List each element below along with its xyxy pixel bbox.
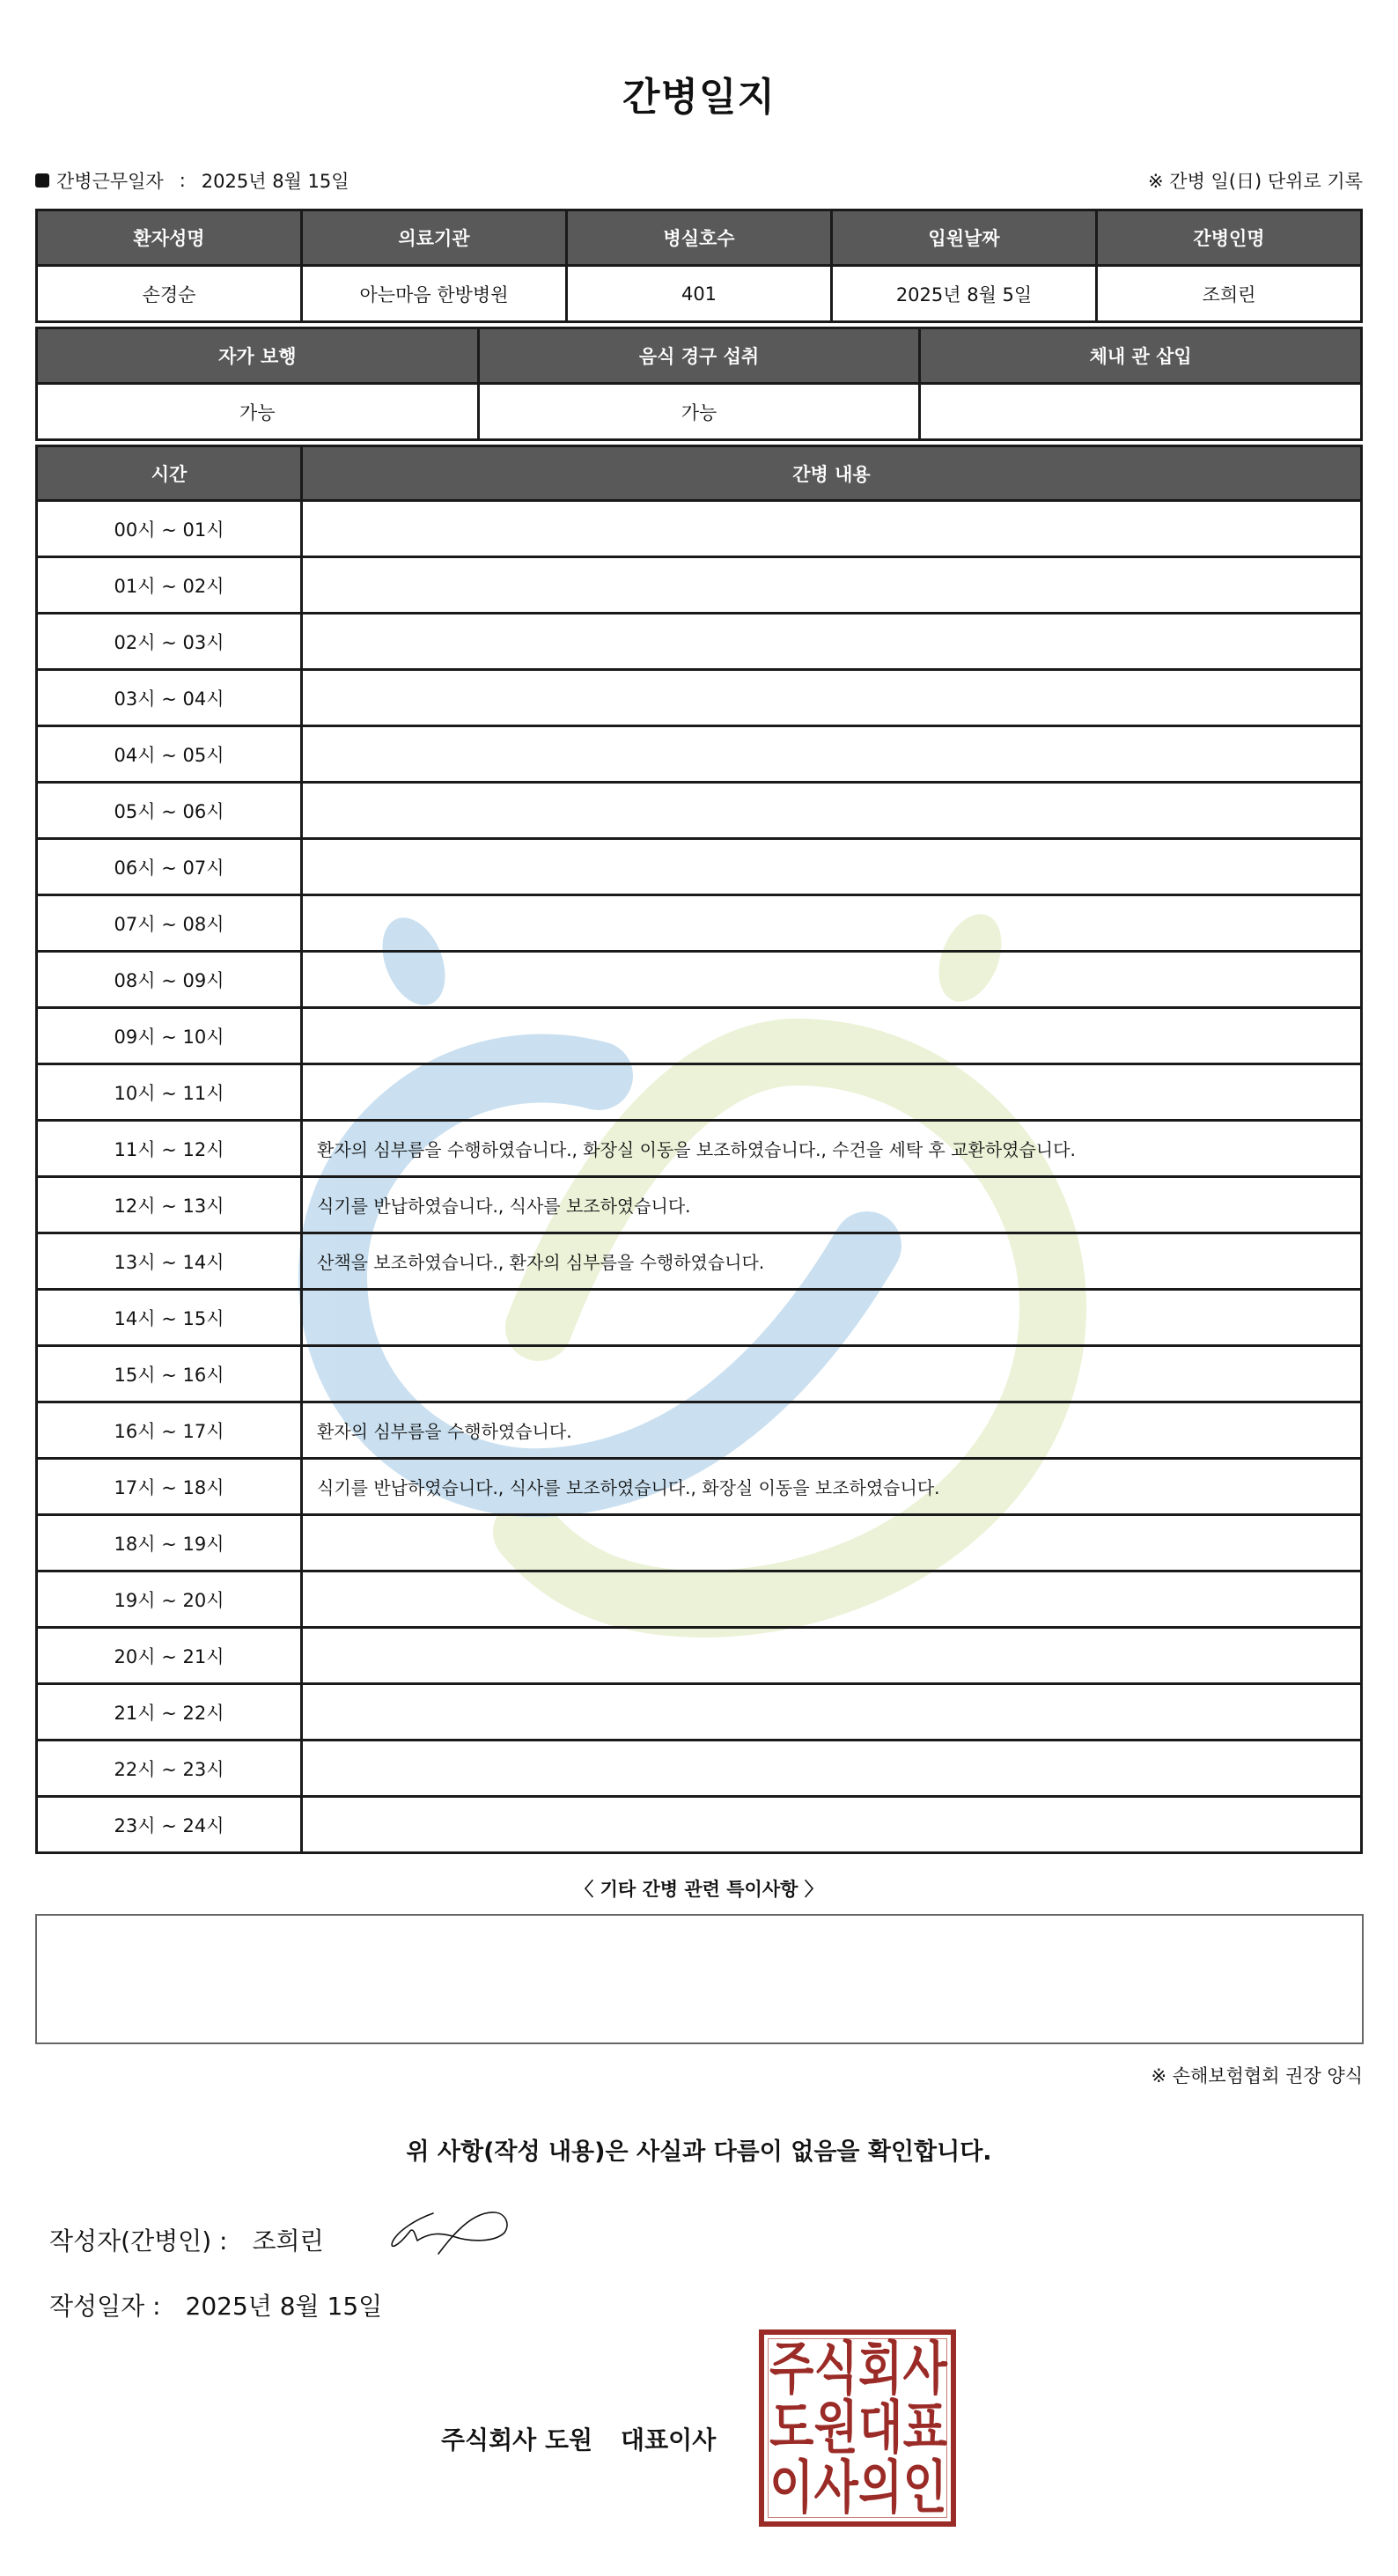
stamp-character: 인 [902,2450,947,2524]
stamp-character: 사 [813,2450,858,2524]
stamp-character-grid: 주식회사도원대표이사의인 [768,2338,947,2518]
company-name: 주식회사 도원 [441,2421,592,2456]
stamp-character: 의 [857,2450,902,2524]
stamp-character: 이 [769,2450,813,2524]
company-role: 대표이사 [621,2421,716,2456]
company-seal-stamp: 주식회사도원대표이사의인 [759,2329,956,2527]
company-signature-line: 주식회사 도원 대표이사 [441,2421,716,2456]
written-date-value: 2025년 8월 15일 [186,2287,383,2322]
written-date-line: 작성일자 : 2025년 8월 15일 [49,2287,382,2322]
written-date-label: 작성일자 : [49,2287,161,2322]
signature-icon [0,0,1398,2576]
